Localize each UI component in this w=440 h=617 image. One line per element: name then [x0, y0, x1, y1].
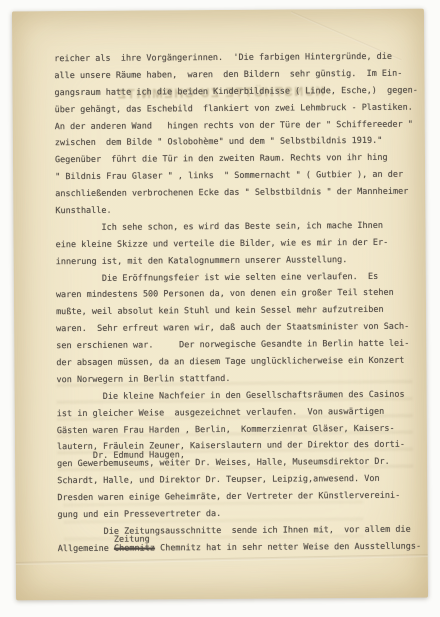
inserted-correction: Dr. Edmund Haugen,	[93, 447, 185, 465]
typewritten-line: ZeitungAllgemeine Chemnitz Chemnitz hat …	[58, 538, 424, 557]
line-text: Chemnitz hat in sehr netter Weise den Au…	[155, 541, 421, 553]
letter-body: reicher als ihre Vorgängerinnen. 'Die fa…	[54, 49, 424, 558]
letter-page: KUNSTHÜTTE ZU CHEMNITZ reicher als ihre …	[12, 9, 428, 601]
inserted-correction: Zeitung	[114, 532, 150, 549]
line-text: Allgemeine	[58, 544, 114, 554]
